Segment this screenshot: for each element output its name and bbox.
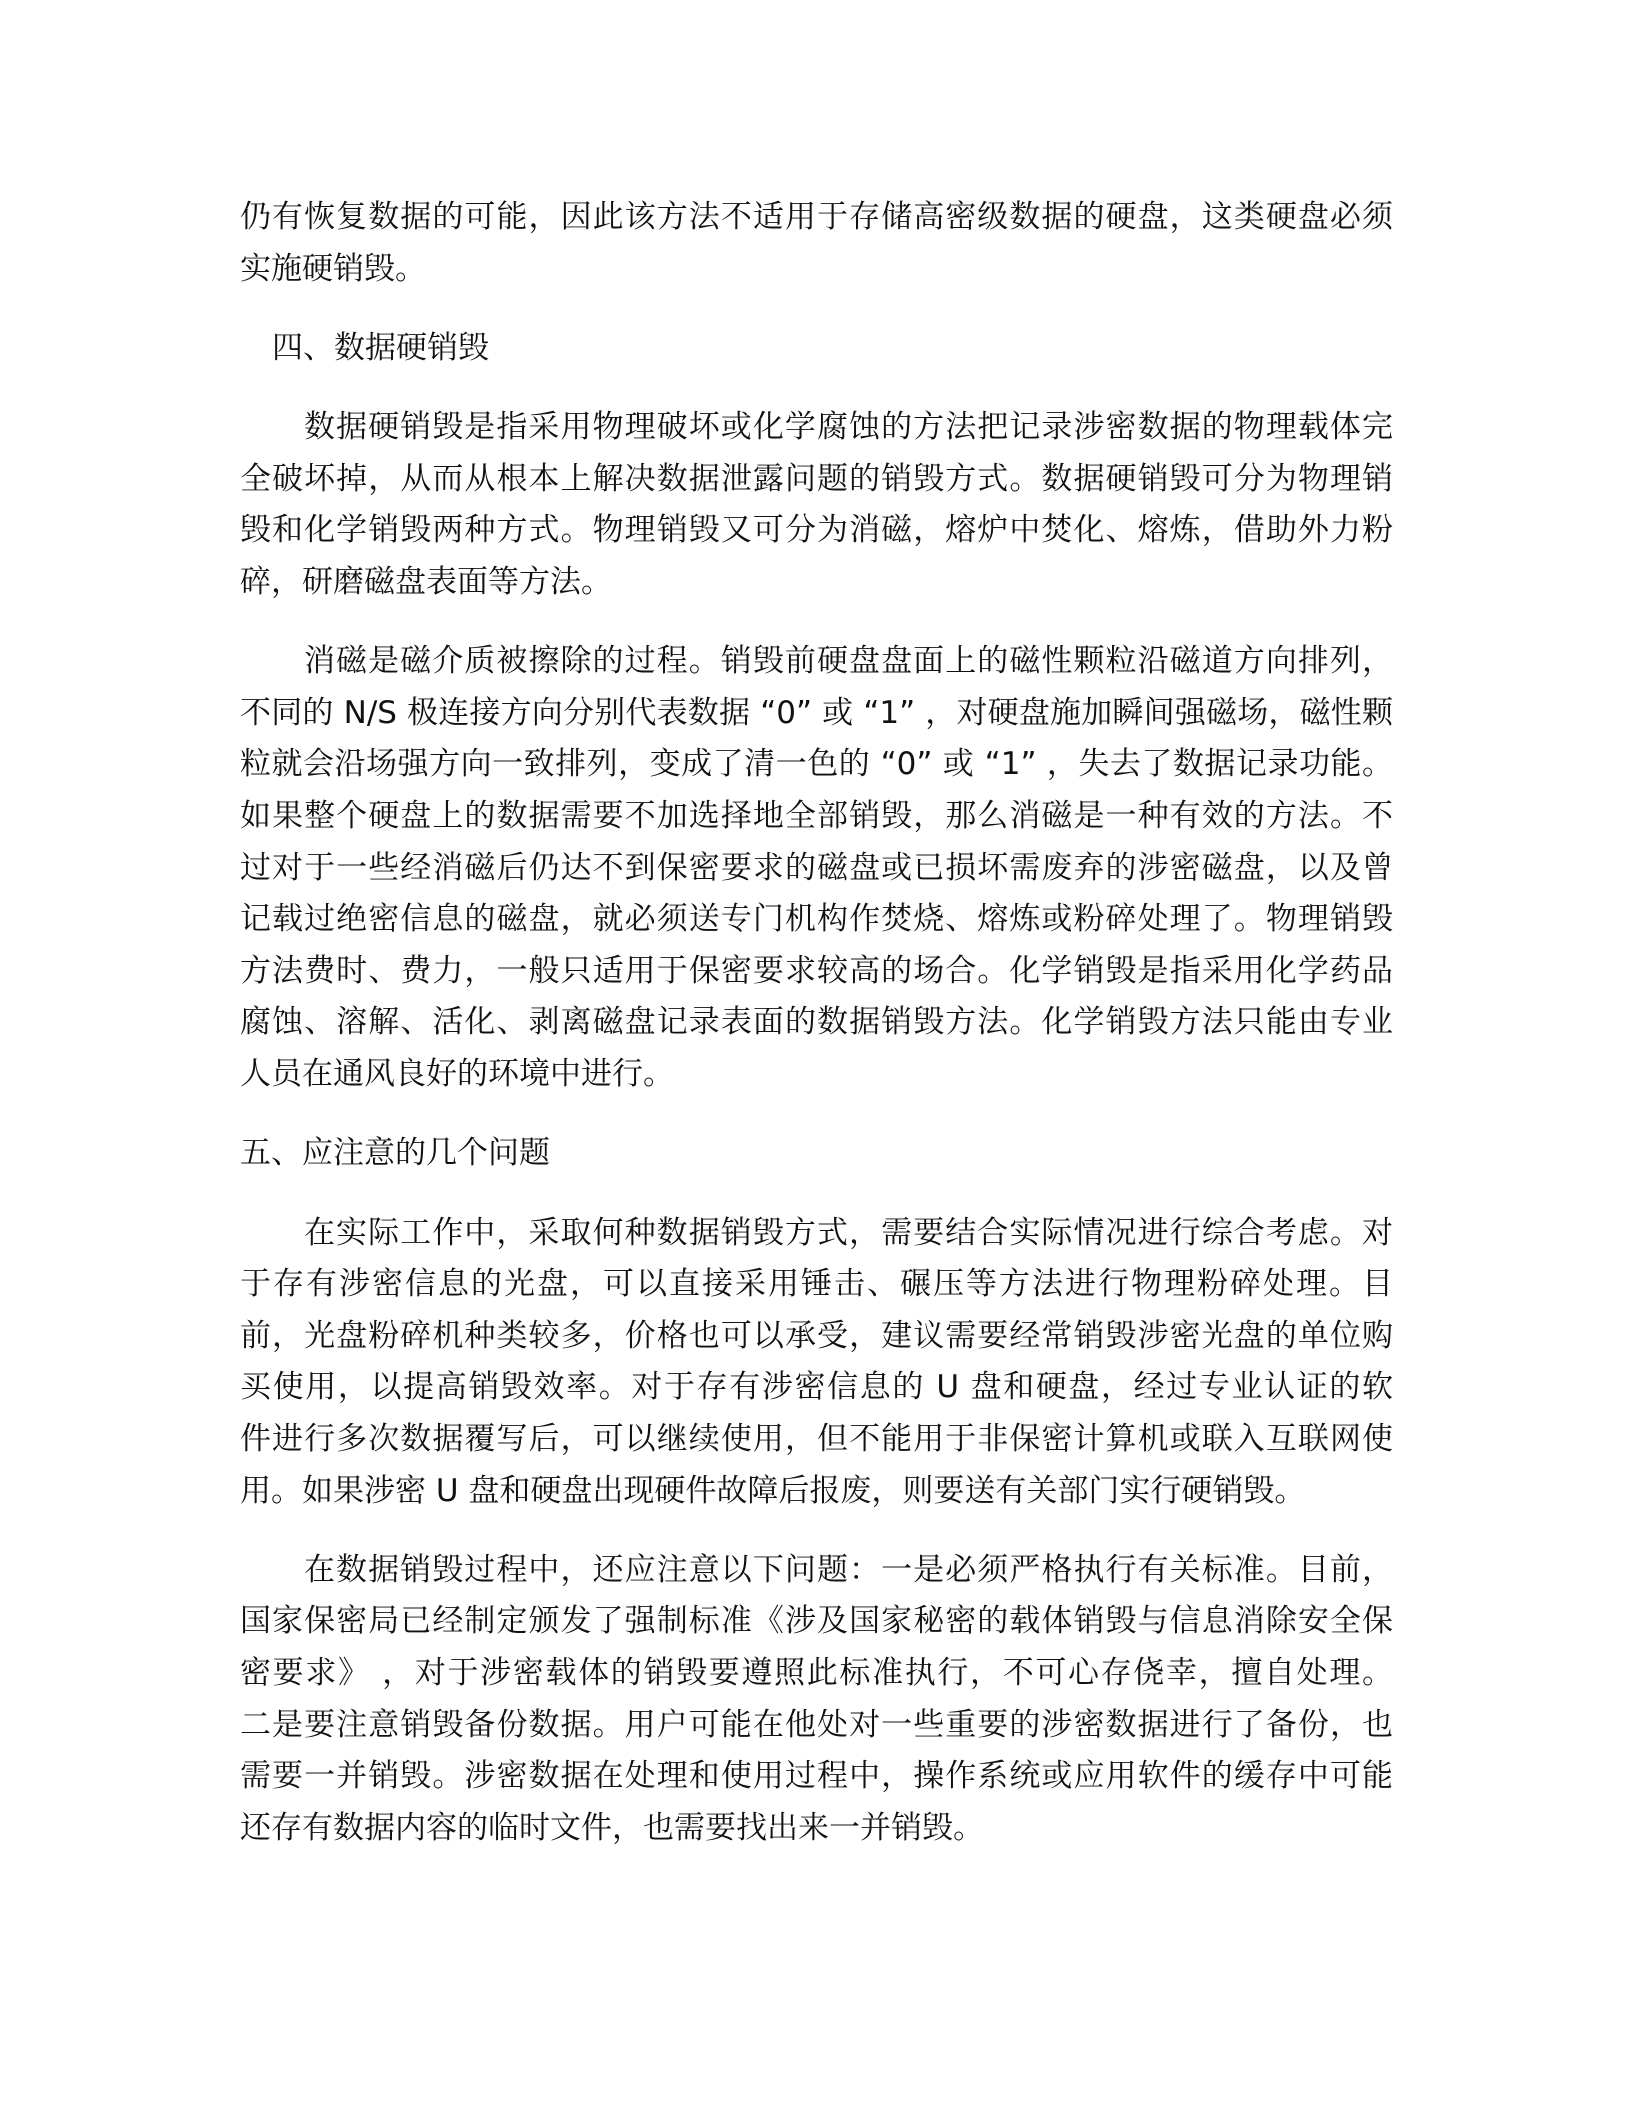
- text-line: 记载过绝密信息的磁盘，就必须送专门机构作焚烧、熔炼或粉碎处理了。物理销毁: [240, 894, 1393, 946]
- paragraph-destruction-issues: 在数据销毁过程中，还应注意以下问题：一是必须严格执行有关标准。目前， 国家保密局…: [240, 1545, 1393, 1855]
- text-line: 人员在通风良好的环境中进行。: [240, 1049, 1393, 1101]
- text-line: 二是要注意销毁备份数据。用户可能在他处对一些重要的涉密数据进行了备份，也: [240, 1700, 1393, 1752]
- text-line: 用。如果涉密 U 盘和硬盘出现硬件故障后报废，则要送有关部门实行硬销毁。: [240, 1466, 1393, 1518]
- heading-text: 四、数据硬销毁: [240, 323, 1393, 375]
- paragraph-degaussing: 消磁是磁介质被擦除的过程。销毁前硬盘盘面上的磁性颗粒沿磁道方向排列， 不同的 N…: [240, 636, 1393, 1100]
- paragraph-practical-considerations: 在实际工作中，采取何种数据销毁方式，需要结合实际情况进行综合考虑。对 于存有涉密…: [240, 1208, 1393, 1518]
- text-line: 在数据销毁过程中，还应注意以下问题：一是必须严格执行有关标准。目前，: [240, 1545, 1393, 1597]
- text-line: 密要求》 ，对于涉密载体的销毁要遵照此标准执行，不可心存侥幸，擅自处理。: [240, 1648, 1393, 1700]
- text-line: 实施硬销毁。: [240, 244, 1393, 296]
- text-line: 件进行多次数据覆写后，可以继续使用，但不能用于非保密计算机或联入互联网使: [240, 1414, 1393, 1466]
- text-line: 如果整个硬盘上的数据需要不加选择地全部销毁，那么消磁是一种有效的方法。不: [240, 791, 1393, 843]
- text-line: 粒就会沿场强方向一致排列，变成了清一色的 “0” 或 “1” ，失去了数据记录功…: [240, 739, 1393, 791]
- text-line: 消磁是磁介质被擦除的过程。销毁前硬盘盘面上的磁性颗粒沿磁道方向排列，: [240, 636, 1393, 688]
- text-line: 国家保密局已经制定颁发了强制标准《涉及国家秘密的载体销毁与信息消除安全保: [240, 1596, 1393, 1648]
- text-line: 需要一并销毁。涉密数据在处理和使用过程中，操作系统或应用软件的缓存中可能: [240, 1751, 1393, 1803]
- section-heading-4: 四、数据硬销毁: [240, 323, 1393, 375]
- text-line: 买使用，以提高销毁效率。对于存有涉密信息的 U 盘和硬盘，经过专业认证的软: [240, 1362, 1393, 1414]
- text-line: 前，光盘粉碎机种类较多，价格也可以承受，建议需要经常销毁涉密光盘的单位购: [240, 1311, 1393, 1363]
- text-line: 过对于一些经消磁后仍达不到保密要求的磁盘或已损坏需废弃的涉密磁盘，以及曾: [240, 843, 1393, 895]
- text-line: 还存有数据内容的临时文件，也需要找出来一并销毁。: [240, 1803, 1393, 1855]
- text-line: 毁和化学销毁两种方式。物理销毁又可分为消磁，熔炉中焚化、熔炼，借助外力粉: [240, 505, 1393, 557]
- text-line: 于存有涉密信息的光盘，可以直接采用锤击、碾压等方法进行物理粉碎处理。目: [240, 1259, 1393, 1311]
- text-line: 不同的 N/S 极连接方向分别代表数据 “0” 或 “1” ，对硬盘施加瞬间强磁…: [240, 688, 1393, 740]
- text-line: 方法费时、费力，一般只适用于保密要求较高的场合。化学销毁是指采用化学药品: [240, 946, 1393, 998]
- text-line: 碎，研磨磁盘表面等方法。: [240, 557, 1393, 609]
- text-line: 全破坏掉，从而从根本上解决数据泄露问题的销毁方式。数据硬销毁可分为物理销: [240, 454, 1393, 506]
- text-line: 在实际工作中，采取何种数据销毁方式，需要结合实际情况进行综合考虑。对: [240, 1208, 1393, 1260]
- text-line: 数据硬销毁是指采用物理破坏或化学腐蚀的方法把记录涉密数据的物理载体完: [240, 402, 1393, 454]
- document-page: 仍有恢复数据的可能，因此该方法不适用于存储高密级数据的硬盘，这类硬盘必须 实施硬…: [240, 192, 1393, 1882]
- section-heading-5: 五、应注意的几个问题: [240, 1128, 1393, 1180]
- text-line: 仍有恢复数据的可能，因此该方法不适用于存储高密级数据的硬盘，这类硬盘必须: [240, 192, 1393, 244]
- heading-text: 五、应注意的几个问题: [240, 1128, 1393, 1180]
- paragraph-hard-destruction-definition: 数据硬销毁是指采用物理破坏或化学腐蚀的方法把记录涉密数据的物理载体完 全破坏掉，…: [240, 402, 1393, 608]
- text-line: 腐蚀、溶解、活化、剥离磁盘记录表面的数据销毁方法。化学销毁方法只能由专业: [240, 997, 1393, 1049]
- paragraph-continuation: 仍有恢复数据的可能，因此该方法不适用于存储高密级数据的硬盘，这类硬盘必须 实施硬…: [240, 192, 1393, 295]
